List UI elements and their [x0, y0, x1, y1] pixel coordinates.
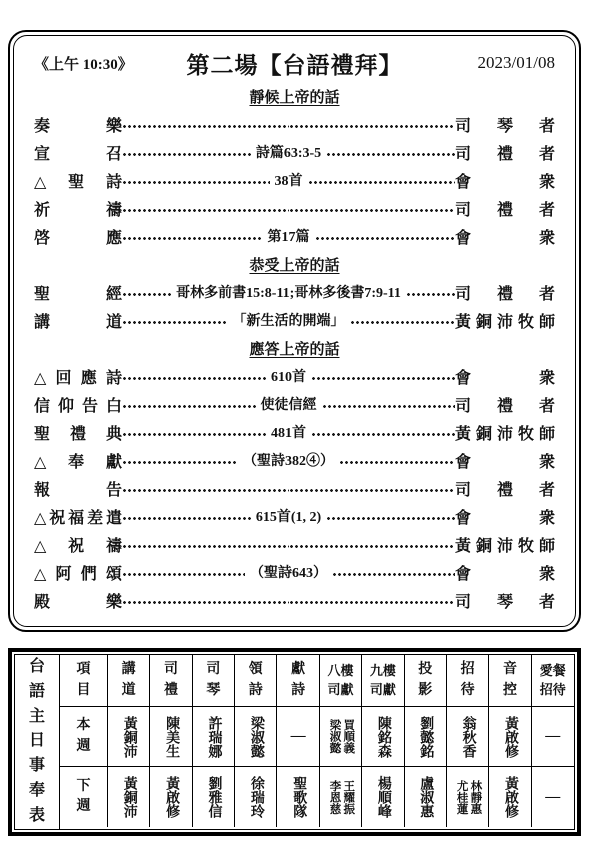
item-label: △阿們頌	[34, 561, 122, 584]
leader-dots	[122, 601, 289, 604]
program-row: △奉獻 （聖詩382④） 會衆	[34, 446, 555, 474]
table-cell: —	[532, 767, 574, 827]
duty-roster-table: 台語主日事奉表 項目 講道 司禮 司琴 領詩 獻詩 八樓司獻 九樓司獻 投影 招…	[8, 648, 581, 836]
leader-dots	[122, 517, 251, 520]
item-assignee: 司琴者	[455, 589, 555, 612]
item-assignee: 黃銅沛牧師	[455, 421, 555, 444]
item-label: 信仰告白	[34, 393, 122, 416]
item-label: 祈禱	[34, 197, 122, 220]
item-assignee: 黃銅沛牧師	[455, 533, 555, 556]
item-assignee: 司禮者	[455, 281, 555, 304]
program-row: 講道 「新生活的開端」 黃銅沛牧師	[34, 306, 555, 334]
program-row: 宣召 詩篇63:3-5 司禮者	[34, 138, 555, 166]
leader-dots	[122, 209, 289, 212]
table-cell: —	[277, 707, 319, 767]
leader-dots	[350, 321, 456, 324]
program-row: 聖經 哥林多前書15:8-11;哥林多後書7:9-11 司禮者	[34, 278, 555, 306]
item-label: 報告	[34, 477, 122, 500]
card-header: 《上午 10:30》 第二場【台語禮拜】 2023/01/08	[34, 44, 555, 82]
table-cell: 劉雅信	[193, 767, 235, 827]
column-header: 投影	[405, 655, 447, 707]
program-row: △祝禱 黃銅沛牧師	[34, 530, 555, 558]
table-cell: 陳銘森	[362, 707, 404, 767]
table-cell: 黃啟修	[489, 707, 531, 767]
item-detail: 610首	[266, 366, 311, 386]
item-detail: 第17篇	[263, 226, 315, 246]
item-assignee: 會衆	[455, 225, 555, 248]
leader-dots	[122, 181, 270, 184]
column-header: 項目	[60, 655, 108, 707]
leader-dots	[308, 181, 456, 184]
item-assignee: 司禮者	[455, 197, 555, 220]
leader-dots	[322, 405, 456, 408]
table-cell: 黃啟修	[150, 767, 192, 827]
leader-dots	[122, 433, 266, 436]
column-header: 講道	[108, 655, 150, 707]
table-cell: 劉懿銘	[405, 707, 447, 767]
item-detail: 使徒信經	[256, 394, 322, 414]
item-assignee: 司琴者	[455, 113, 555, 136]
item-assignee: 黃銅沛牧師	[455, 309, 555, 332]
table-cell: —	[532, 707, 574, 767]
service-title: 第二場【台語禮拜】	[187, 47, 403, 80]
leader-dots	[289, 545, 456, 548]
row-label: 下週	[60, 767, 108, 827]
item-label: △回應詩	[34, 365, 122, 388]
section-heading-text: 應答上帝的話	[249, 338, 339, 359]
item-label: 聖經	[34, 281, 122, 304]
item-detail: （聖詩382④）	[238, 450, 339, 470]
table-cell: 盧淑惠	[405, 767, 447, 827]
program-row: △祝福差遣 615首(1, 2) 會衆	[34, 502, 555, 530]
service-time: 《上午 10:30》	[34, 53, 187, 74]
item-detail: 615首(1, 2)	[251, 506, 326, 526]
item-detail: 「新生活的開端」	[228, 310, 350, 330]
program-row: 殿樂 司琴者	[34, 586, 555, 614]
leader-dots	[289, 601, 456, 604]
worship-order-card: 《上午 10:30》 第二場【台語禮拜】 2023/01/08 靜候上帝的話 奏…	[8, 30, 581, 632]
service-date: 2023/01/08	[403, 53, 556, 73]
item-label: 奏樂	[34, 113, 122, 136]
item-assignee: 會衆	[455, 365, 555, 388]
item-label: 啓應	[34, 225, 122, 248]
program-row: △聖詩 38首 會衆	[34, 166, 555, 194]
program-row: 聖禮典 481首 黃銅沛牧師	[34, 418, 555, 446]
leader-dots	[122, 545, 289, 548]
leader-dots	[122, 377, 266, 380]
table-cell: 許瑞娜	[193, 707, 235, 767]
item-label: 聖禮典	[34, 421, 122, 444]
program-row: 啓應 第17篇 會衆	[34, 222, 555, 250]
section-heading-text: 靜候上帝的話	[249, 86, 339, 107]
leader-dots	[122, 461, 238, 464]
table-cell: 買順義 梁淑懿	[320, 707, 362, 767]
leader-dots	[122, 489, 289, 492]
item-label: 講道	[34, 309, 122, 332]
table-cell: 翁秋香	[447, 707, 489, 767]
leader-dots	[289, 489, 456, 492]
leader-dots	[332, 573, 455, 576]
leader-dots	[289, 125, 456, 128]
table-cell: 陳美生	[150, 707, 192, 767]
item-label: 宣召	[34, 141, 122, 164]
section-heading: 靜候上帝的話	[34, 82, 555, 110]
column-header: 招待	[447, 655, 489, 707]
item-assignee: 會衆	[455, 505, 555, 528]
section-heading-text: 恭受上帝的話	[249, 254, 339, 275]
leader-dots	[122, 573, 245, 576]
item-detail: 詩篇63:3-5	[251, 142, 326, 162]
table-cell: 王耀振 李恩慈	[320, 767, 362, 827]
table-cell: 林靜惠 尤桂蓮	[447, 767, 489, 827]
column-header: 音控	[489, 655, 531, 707]
program-row: 奏樂 司琴者	[34, 110, 555, 138]
worship-order-card-inner: 《上午 10:30》 第二場【台語禮拜】 2023/01/08 靜候上帝的話 奏…	[13, 35, 576, 627]
item-detail: （聖詩643）	[245, 562, 332, 582]
leader-dots	[122, 321, 228, 324]
item-detail: 38首	[270, 170, 308, 190]
table-cell: 黃銅沛	[108, 707, 150, 767]
program-row: 祈禱 司禮者	[34, 194, 555, 222]
item-assignee: 會衆	[455, 169, 555, 192]
leader-dots	[315, 237, 456, 240]
leader-dots	[406, 293, 455, 296]
item-label: △祝福差遣	[34, 505, 122, 528]
leader-dots	[122, 405, 256, 408]
item-label: 殿樂	[34, 589, 122, 612]
program-row: 報告 司禮者	[34, 474, 555, 502]
row-label: 本週	[60, 707, 108, 767]
duty-roster-inner: 台語主日事奉表 項目 講道 司禮 司琴 領詩 獻詩 八樓司獻 九樓司獻 投影 招…	[14, 654, 575, 830]
program-row: △回應詩 610首 會衆	[34, 362, 555, 390]
roster-side-title-text: 台語主日事奉表	[28, 655, 46, 829]
table-cell: 黃啟修	[489, 767, 531, 827]
leader-dots	[122, 125, 289, 128]
column-header: 司禮	[150, 655, 192, 707]
leader-dots	[311, 377, 455, 380]
item-assignee: 會衆	[455, 561, 555, 584]
column-header: 司琴	[193, 655, 235, 707]
roster-side-title: 台語主日事奉表	[15, 655, 60, 829]
column-header: 八樓司獻	[320, 655, 362, 707]
table-cell: 梁淑懿	[235, 707, 277, 767]
program-row: 信仰告白 使徒信經 司禮者	[34, 390, 555, 418]
leader-dots	[326, 153, 455, 156]
section-heading: 恭受上帝的話	[34, 250, 555, 278]
item-detail: 481首	[266, 422, 311, 442]
leader-dots	[122, 237, 263, 240]
leader-dots	[122, 153, 251, 156]
leader-dots	[289, 209, 456, 212]
item-assignee: 司禮者	[455, 477, 555, 500]
item-label: △奉獻	[34, 449, 122, 472]
leader-dots	[311, 433, 455, 436]
table-cell: 徐瑞玲	[235, 767, 277, 827]
leader-dots	[326, 517, 455, 520]
item-label: △聖詩	[34, 169, 122, 192]
item-assignee: 會衆	[455, 449, 555, 472]
column-header: 愛餐招待	[532, 655, 574, 707]
program-row: △阿們頌 （聖詩643） 會衆	[34, 558, 555, 586]
column-header: 九樓司獻	[362, 655, 404, 707]
item-assignee: 司禮者	[455, 393, 555, 416]
item-assignee: 司禮者	[455, 141, 555, 164]
table-cell: 黃銅沛	[108, 767, 150, 827]
roster-grid: 項目 講道 司禮 司琴 領詩 獻詩 八樓司獻 九樓司獻 投影 招待 音控 愛餐招…	[60, 655, 574, 829]
leader-dots	[339, 461, 455, 464]
leader-dots	[122, 293, 171, 296]
item-label: △祝禱	[34, 533, 122, 556]
column-header: 獻詩	[277, 655, 319, 707]
item-detail: 哥林多前書15:8-11;哥林多後書7:9-11	[171, 282, 406, 302]
table-cell: 楊順峰	[362, 767, 404, 827]
section-heading: 應答上帝的話	[34, 334, 555, 362]
column-header: 領詩	[235, 655, 277, 707]
table-cell: 聖歌隊	[277, 767, 319, 827]
